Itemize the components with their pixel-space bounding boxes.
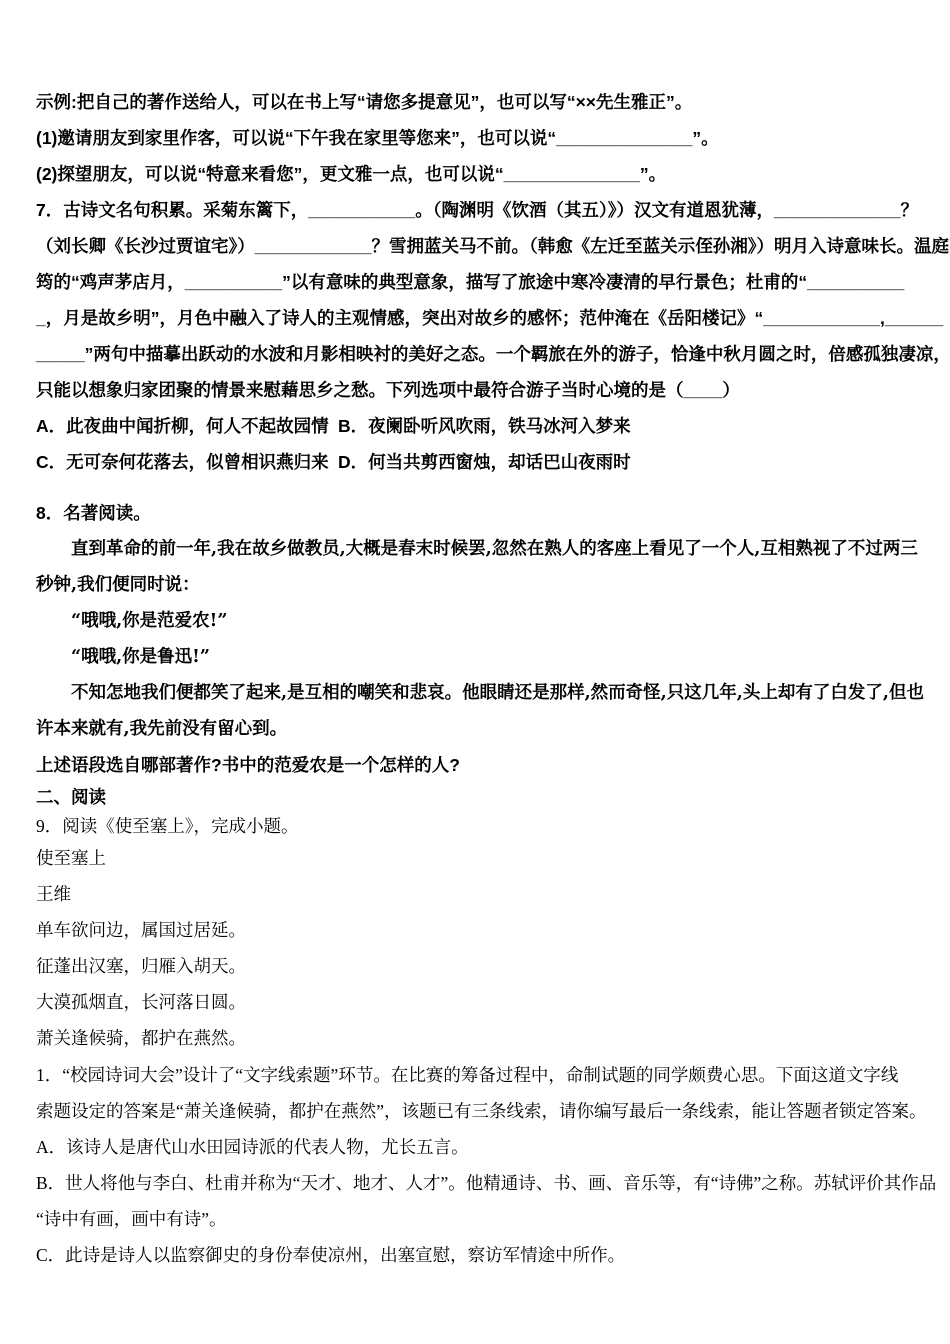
example-usage-line: 示例:把自己的著作送给人，可以在书上写“请您多提意见”，也可以写“××先生雅正”… [36,84,916,120]
invite-friend-fill-line: (1)邀请朋友到家里作客，可以说“下午我在家里等您来”，也可以说“_______… [36,120,916,156]
q8-quote-lu-xun: “哦哦,你是鲁迅!” [36,639,916,675]
poem-line-3: 大漠孤烟直，长河落日圆。 [36,985,916,1021]
poem-line-4: 萧关逢候骑，都护在燕然。 [36,1021,916,1057]
q1-stem-line-2: 索题设定的答案是“萧关逢候骑，都护在燕然”，该题已有三条线索，请你编写最后一条线… [36,1093,916,1129]
q7-line-2: （刘长卿《长沙过贾谊宅》）____________？雪拥蓝关马不前。（韩愈《左迁… [36,228,916,264]
q7-option-d: D．何当共剪西窗烛，却话巴山夜雨时 [338,444,631,480]
q1-option-a: A．该诗人是唐代山水田园诗派的代表人物，尤长五言。 [36,1129,916,1165]
section-two-reading: 二、阅读 9．阅读《使至塞上》，完成小题。 使至塞上 王维 单车欲问边，属国过居… [36,783,916,1273]
q7-line-6: 只能以想象归家团聚的情景来慰藉思乡之愁。下列选项中最符合游子当时心境的是（___… [36,372,916,408]
poem-line-1: 单车欲问边，属国过居延。 [36,913,916,949]
q1-option-c: C．此诗是诗人以监察御史的身份奉使凉州，出塞宣慰，察访军情途中所作。 [36,1237,916,1273]
section-two-heading: 二、阅读 [36,783,916,812]
q7-options-row-1: A．此夜曲中闻折柳，何人不起故园情 B．夜阑卧听风吹雨，铁马冰河入梦来 [36,408,916,444]
q8-passage-line-1: 直到革命的前一年,我在故乡做教员,大概是春末时候罢,忽然在熟人的客座上看见了一个… [36,531,916,567]
poem-author: 王维 [36,877,916,913]
poem-title: 使至塞上 [36,841,916,877]
poem-line-2: 征蓬出汉塞，归雁入胡天。 [36,949,916,985]
q7-option-b: B．夜阑卧听风吹雨，铁马冰河入梦来 [338,408,631,444]
q7-line-3: 筠的“鸡声茅店月，__________”以有意味的典型意象，描写了旅途中寒冷凄清… [36,264,916,300]
exam-page: { "page": { "background": "#ffffff", "te… [0,0,950,1344]
q9-intro: 9．阅读《使至塞上》，完成小题。 [36,812,916,841]
q8-quote-fan-ai-nong: “哦哦,你是范爱农!” [36,603,916,639]
visit-friend-fill-line: (2)探望朋友，可以说“特意来看您”，更文雅一点，也可以说“__________… [36,156,916,192]
q8-passage-line-2: 秒钟,我们便同时说： [36,567,916,603]
q8-passage-line-5: 不知怎地我们便都笑了起来,是互相的嘲笑和悲哀。他眼睛还是那样,然而奇怪,只这几年… [36,675,916,711]
q8-passage-line-6: 许本来就有,我先前没有留心到。 [36,711,916,747]
q1-option-b-line-2: “诗中有画，画中有诗”。 [36,1201,916,1237]
q8-question: 上述语段选自哪部著作?书中的范爱农是一个怎样的人? [36,747,916,783]
q7-line-1: 7．古诗文名句积累。采菊东篱下，___________。（陶渊明《饮酒（其五）》… [36,192,916,228]
q7-line-5: _____”两句中描摹出跃动的水波和月影相映衬的美好之态。一个羁旅在外的游子，恰… [36,336,916,372]
q7-options-row-2: C．无可奈何花落去，似曾相识燕归来 D．何当共剪西窗烛，却话巴山夜雨时 [36,444,916,480]
q7-option-c: C．无可奈何花落去，似曾相识燕归来 [36,444,338,480]
q1-option-b-line-1: B．世人将他与李白、杜甫并称为“天才、地才、人才”。他精通诗、书、画、音乐等，有… [36,1165,916,1201]
question-7: 7．古诗文名句积累。采菊东篱下，___________。（陶渊明《饮酒（其五）》… [36,192,916,480]
document-body: 示例:把自己的著作送给人，可以在书上写“请您多提意见”，也可以写“××先生雅正”… [36,84,916,1273]
q7-option-a: A．此夜曲中闻折柳，何人不起故园情 [36,408,338,444]
question-8: 8．名著阅读。 直到革命的前一年,我在故乡做教员,大概是春末时候罢,忽然在熟人的… [36,495,916,783]
q8-heading: 8．名著阅读。 [36,495,916,531]
q1-stem-line-1: 1．“校园诗词大会”设计了“文字线索题”环节。在比赛的筹备过程中，命制试题的同学… [36,1057,916,1093]
q7-line-4: _，月是故乡明”，月色中融入了诗人的主观情感，突出对故乡的感怀；范仲淹在《岳阳楼… [36,300,916,336]
